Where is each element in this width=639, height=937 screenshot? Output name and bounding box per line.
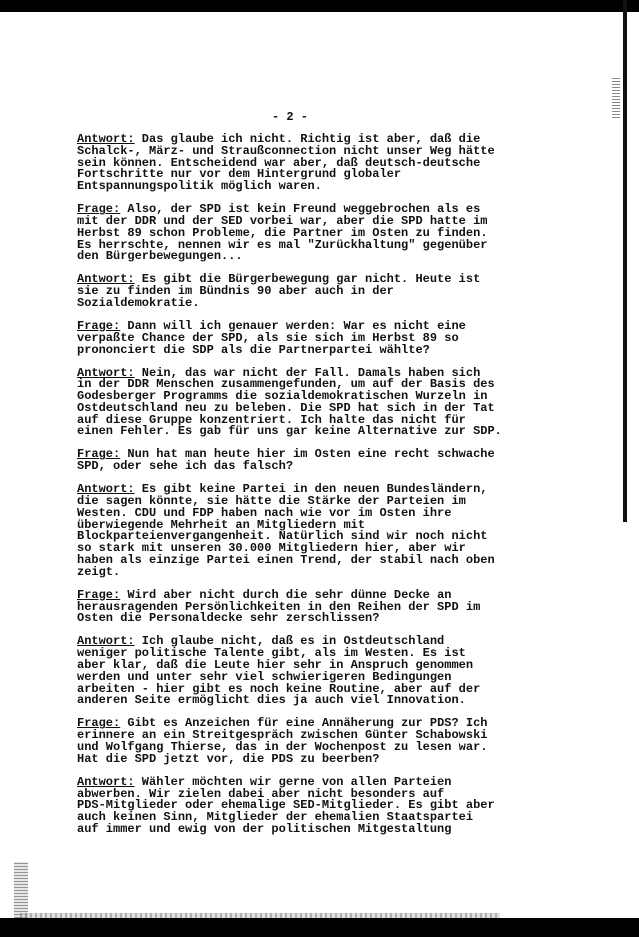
scan-noise-left: [14, 862, 28, 918]
page-number: - 2 -: [270, 110, 310, 124]
block-text: Das glaube ich nicht. Richtig ist aber, …: [77, 132, 495, 193]
block-text: Es gibt die Bürgerbewegung gar nicht. He…: [77, 272, 480, 310]
question-block: Frage: Gibt es Anzeichen für eine Annähe…: [77, 718, 597, 765]
block-text: Es gibt keine Partei in den neuen Bundes…: [77, 482, 495, 579]
answer-block: Antwort: Wähler möchten wir gerne von al…: [77, 777, 597, 836]
block-text: Wähler möchten wir gerne von allen Parte…: [77, 775, 495, 836]
answer-block: Antwort: Es gibt keine Partei in den neu…: [77, 484, 597, 578]
block-text: Ich glaube nicht, daß es in Ostdeutschla…: [77, 634, 480, 707]
block-text: Wird aber nicht durch die sehr dünne Dec…: [77, 588, 480, 626]
scan-border-right: [623, 0, 627, 522]
scan-border-bottom: [0, 918, 639, 937]
block-text: Nun hat man heute hier im Osten eine rec…: [77, 447, 495, 473]
block-text: Nein, das war nicht der Fall. Damals hab…: [77, 366, 502, 439]
scan-noise-right: [612, 78, 620, 118]
question-block: Frage: Nun hat man heute hier im Osten e…: [77, 449, 597, 473]
interview-transcript: Antwort: Das glaube ich nicht. Richtig i…: [77, 134, 597, 847]
question-block: Frage: Wird aber nicht durch die sehr dü…: [77, 590, 597, 625]
block-text: Also, der SPD ist kein Freund weggebroch…: [77, 202, 487, 263]
question-block: Frage: Also, der SPD ist kein Freund weg…: [77, 204, 597, 263]
question-block: Frage: Dann will ich genauer werden: War…: [77, 321, 597, 356]
answer-block: Antwort: Das glaube ich nicht. Richtig i…: [77, 134, 597, 193]
answer-block: Antwort: Nein, das war nicht der Fall. D…: [77, 368, 597, 439]
answer-block: Antwort: Ich glaube nicht, daß es in Ost…: [77, 636, 597, 707]
block-text: Dann will ich genauer werden: War es nic…: [77, 319, 466, 357]
scan-border-top: [0, 0, 639, 12]
answer-block: Antwort: Es gibt die Bürgerbewegung gar …: [77, 274, 597, 309]
block-text: Gibt es Anzeichen für eine Annäherung zu…: [77, 716, 487, 765]
